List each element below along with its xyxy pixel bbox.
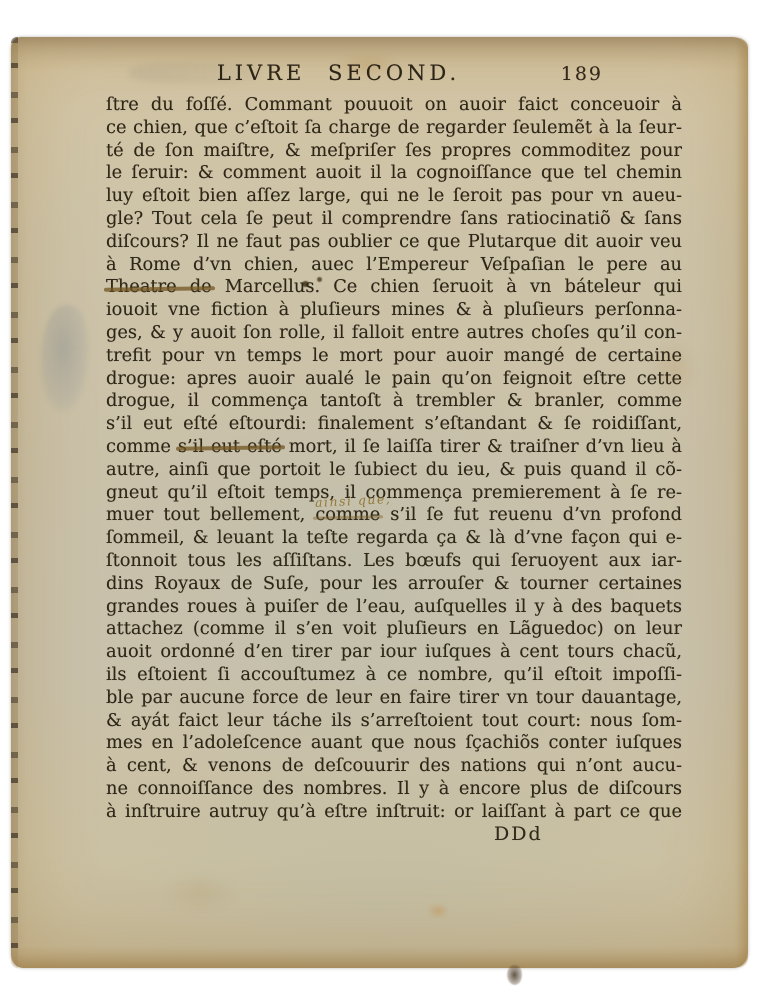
text-line: luy eſtoit bien aſſez large, qui ne le ſ… xyxy=(106,185,682,208)
text-segment: ges, & y auoit ſon rolle, il falloit ent… xyxy=(106,322,682,343)
text-segment: s’il eut eſté eſtourdi: finalement s’eſt… xyxy=(106,413,682,434)
text-segment: attachez (comme il s’en voit pluſieurs e… xyxy=(106,618,682,639)
text-segment: le ſeruir: & comment auoit il la cognoiſ… xyxy=(106,162,682,183)
text-line: ſtre du foſſé. Commant pouuoit on auoir … xyxy=(106,94,682,117)
text-line: auoit ordonné d’en tirer par iour iuſque… xyxy=(106,641,682,664)
text-line: té de ſon maiſtre, & meſpriſer ſes propr… xyxy=(106,140,682,163)
page-number: 189 xyxy=(561,63,603,85)
text-segment: à inſtruire autruy qu’à eſtre inſtruit: … xyxy=(106,801,682,822)
text-segment: luy eſtoit bien aſſez large, qui ne le ſ… xyxy=(106,185,682,206)
text-line: grandes roues à puiſer de l’eau, auſquel… xyxy=(106,596,682,619)
text-line: dins Royaux de Suſe, pour les arrouſer &… xyxy=(106,573,682,596)
text-segment: drogue: apres auoir aualé le pain qu’on … xyxy=(106,368,682,389)
text-line: iouoit vne fiction à pluſieurs mines & à… xyxy=(106,299,682,322)
struck-text: s’il eut eſté xyxy=(178,436,282,457)
text-line: gle? Tout cela ſe peut il comprendre ſan… xyxy=(106,208,682,231)
page-right-edge xyxy=(736,37,748,968)
dark-spot-stain xyxy=(507,965,522,985)
signature-mark: DDd xyxy=(494,823,543,845)
text-segment: té de ſon maiſtre, & meſpriſer ſes propr… xyxy=(106,140,682,161)
text-line: ils eſtoient ſi accouſtumez à ce nombre,… xyxy=(106,664,682,687)
text-line: autre, ainſi que portoit le ſubiect du i… xyxy=(106,459,682,482)
text-segment: autre, ainſi que portoit le ſubiect du i… xyxy=(106,459,682,480)
text-segment: drogue, il commença tantoſt à trembler &… xyxy=(106,390,682,411)
running-header-title: LIVRE SECOND. xyxy=(217,61,460,85)
foxing-stain xyxy=(161,872,239,914)
text-segment: s’il ſe fut reuenu d’vn profond xyxy=(380,504,682,525)
text-segment: grandes roues à puiſer de l’eau, auſquel… xyxy=(106,596,682,617)
text-line: Theatre de Marcellus. Ce chien ſeruoit à… xyxy=(106,276,682,299)
text-line: gneut qu’il eſtoit temps, il commença pr… xyxy=(106,482,682,505)
text-segment: à cent, & venons de deſcouurir des natio… xyxy=(106,755,682,776)
text-line: muer tout bellement, commeainsi que, s’i… xyxy=(106,504,682,527)
text-segment: & ayát faict leur táche ils s’arreſtoien… xyxy=(106,710,682,731)
text-line: trefit pour vn temps le mort pour auoir … xyxy=(106,345,682,368)
text-segment: mes en l’adoleſcence auant que nous ſçac… xyxy=(106,732,682,753)
text-line: ges, & y auoit ſon rolle, il falloit ent… xyxy=(106,322,682,345)
text-segment: ſtre du foſſé. Commant pouuoit on auoir … xyxy=(106,94,682,115)
text-segment: ble par aucune force de leur en faire ti… xyxy=(106,687,682,708)
text-line: attachez (comme il s’en voit pluſieurs e… xyxy=(106,618,682,641)
text-line: s’il eut eſté eſtourdi: finalement s’eſt… xyxy=(106,413,682,436)
text-segment: trefit pour vn temps le mort pour auoir … xyxy=(106,345,682,366)
text-segment: ils eſtoient ſi accouſtumez à ce nombre,… xyxy=(106,664,682,685)
text-line: drogue, il commença tantoſt à trembler &… xyxy=(106,390,682,413)
text-line: ne connoiſſance des nombres. Il y à enco… xyxy=(106,778,682,801)
text-segment: diſcours? Il ne faut pas oublier ce que … xyxy=(106,231,682,252)
text-segment: iouoit vne fiction à pluſieurs mines & à… xyxy=(106,299,682,320)
struck-text: commeainsi que, xyxy=(315,504,380,525)
text-line: ſtonnoit tous les aſſiſtans. Les bœufs q… xyxy=(106,550,682,573)
blue-smudge-stain xyxy=(41,305,89,413)
text-segment: auoit ordonné d’en tirer par iour iuſque… xyxy=(106,641,682,662)
text-line: diſcours? Il ne faut pas oublier ce que … xyxy=(106,231,682,254)
text-line: comme s’il eut eſté mort, il ſe laiſſa t… xyxy=(106,436,682,459)
text-block: ſtre du foſſé. Commant pouuoit on auoir … xyxy=(106,94,682,824)
text-line: ble par aucune force de leur en faire ti… xyxy=(106,687,682,710)
page-bottom-edge xyxy=(11,946,748,968)
book-page: LIVRE SECOND. 189 ſtre du foſſé. Commant… xyxy=(11,37,748,968)
text-segment: dins Royaux de Suſe, pour les arrouſer &… xyxy=(106,573,682,594)
text-segment: ce chien, que c’eſtoit ſa charge de rega… xyxy=(106,117,682,138)
running-header: LIVRE SECOND. 189 xyxy=(106,61,681,91)
text-segment: ne connoiſſance des nombres. Il y à enco… xyxy=(106,778,682,799)
text-segment: à Rome d’vn chien, auec l’Empereur Veſpa… xyxy=(106,254,682,275)
text-line: ſommeil, & leuant la teſte regarda ça & … xyxy=(106,527,682,550)
text-segment: muer tout bellement, xyxy=(106,504,315,525)
text-line: ce chien, que c’eſtoit ſa charge de rega… xyxy=(106,117,682,140)
text-line: à inſtruire autruy qu’à eſtre inſtruit: … xyxy=(106,801,682,824)
text-segment: Marcellus. Ce chien ſeruoit à vn báteleu… xyxy=(212,276,682,297)
foxing-stain xyxy=(427,903,449,919)
text-segment: gle? Tout cela ſe peut il comprendre ſan… xyxy=(106,208,682,229)
text-line: à cent, & venons de deſcouurir des natio… xyxy=(106,755,682,778)
text-segment: mort, il ſe laiſſa tirer & traiſner d’vn… xyxy=(282,436,682,457)
text-line: à Rome d’vn chien, auec l’Empereur Veſpa… xyxy=(106,254,682,277)
text-segment: gneut qu’il eſtoit temps, il commença pr… xyxy=(106,482,682,503)
page-left-edge xyxy=(11,37,18,968)
text-line: le ſeruir: & comment auoit il la cognoiſ… xyxy=(106,162,682,185)
text-segment: ſtonnoit tous les aſſiſtans. Les bœufs q… xyxy=(106,550,682,571)
text-segment: ſommeil, & leuant la teſte regarda ça & … xyxy=(106,527,682,548)
text-segment: comme xyxy=(106,436,178,457)
text-line: & ayát faict leur táche ils s’arreſtoien… xyxy=(106,710,682,733)
struck-text: Theatre de xyxy=(106,276,212,297)
handwritten-annotation: ainsi que, xyxy=(315,488,392,515)
text-line: drogue: apres auoir aualé le pain qu’on … xyxy=(106,368,682,391)
text-line: mes en l’adoleſcence auant que nous ſçac… xyxy=(106,732,682,755)
